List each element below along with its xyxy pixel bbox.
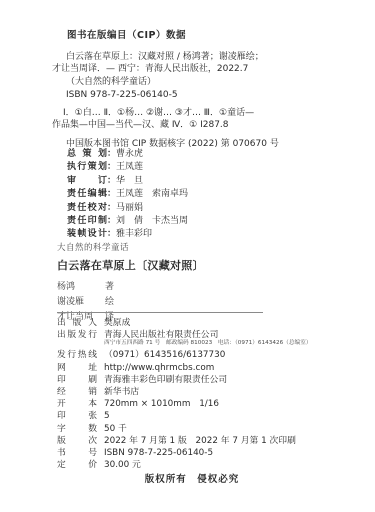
publication-label: 发行热线 bbox=[57, 349, 97, 361]
credit-label: 责任校对 bbox=[67, 202, 107, 215]
staff-credits: 总策划：曹永虎 执行策划：王凤莲 审订：华 旦 责任编辑：王凤莲 索南卓玛 责任… bbox=[67, 148, 188, 242]
publication-label: 印张 bbox=[57, 410, 97, 422]
publication-value: （0971）6143516/6137730 bbox=[104, 349, 225, 361]
publication-row: 定价30.00 元 bbox=[57, 459, 357, 471]
publication-value: ISBN 978-7-225-06140-5 bbox=[104, 447, 213, 459]
publication-label: 定价 bbox=[57, 459, 97, 471]
series-name: 大自然的科学童话 bbox=[57, 241, 204, 253]
cip-description-line1: 白云落在草原上：汉藏对照 / 杨鸿著；谢凌雁绘； bbox=[66, 51, 342, 63]
publication-value: 30.00 元 bbox=[104, 459, 141, 471]
publication-details: 出版人樊原成 出版发行青海人民出版社有限责任公司 西宁市五四西路 71 号 邮政… bbox=[57, 317, 357, 471]
credit-value: 雅丰彩印 bbox=[116, 229, 152, 239]
publication-value: 2022 年 7 月第 1 版 2022 年 7 月第 1 次印刷 bbox=[104, 435, 296, 447]
credit-separator: ： bbox=[107, 189, 116, 199]
cip-classification-line1: Ⅰ．①白… Ⅱ．①杨… ②谢… ③才… Ⅲ．①童话— bbox=[63, 107, 342, 119]
publication-value: 5 bbox=[104, 410, 110, 422]
credit-label: 责任编辑 bbox=[67, 188, 107, 201]
publication-label: 版次 bbox=[57, 435, 97, 447]
contributor-row: 谢凌雁绘 bbox=[57, 295, 204, 310]
credit-row: 责任校对：马丽娟 bbox=[67, 202, 188, 215]
credit-value: 曹永虎 bbox=[116, 149, 143, 159]
credit-row: 审订：华 旦 bbox=[67, 175, 188, 188]
publication-value: 50 千 bbox=[104, 423, 127, 435]
publication-label: 字数 bbox=[57, 423, 97, 435]
cip-classification-line2: 作品集—中国—当代—汉、藏 Ⅳ．① I287.8 bbox=[52, 119, 342, 131]
cip-description-line2: 才让当周译．— 西宁：青海人民出版社，2022.7 bbox=[52, 63, 342, 75]
credit-row: 责任印制：刘 倩 卡杰当周 bbox=[67, 215, 188, 228]
publication-row: 开本720mm × 1010mm 1/16 bbox=[57, 398, 357, 410]
publication-row: 发行热线（0971）6143516/6137730 bbox=[57, 349, 357, 361]
publication-value: 樊原成 bbox=[104, 317, 130, 329]
publisher-address-note: 西宁市五四西路 71 号 邮政编码 810023 电话：（0971）614342… bbox=[104, 340, 352, 347]
publication-label: 网址 bbox=[57, 362, 97, 374]
copyright-notice: 版权所有 侵权必究 bbox=[57, 471, 327, 485]
credit-label: 总策划 bbox=[67, 148, 107, 161]
publication-label: 开本 bbox=[57, 398, 97, 410]
book-title: 白云落在草原上〔汉藏对照〕 bbox=[57, 257, 204, 273]
publication-row: 印刷青海雅丰彩色印刷有限责任公司 bbox=[57, 374, 357, 386]
publication-row: 印张5 bbox=[57, 410, 357, 422]
credit-label: 审订 bbox=[67, 175, 107, 188]
credit-row: 总策划：曹永虎 bbox=[67, 148, 188, 161]
publication-row: 书号ISBN 978-7-225-06140-5 bbox=[57, 447, 357, 459]
credit-row: 执行策划：王凤莲 bbox=[67, 161, 188, 174]
credit-separator: ： bbox=[107, 149, 116, 159]
publication-row: 字数50 千 bbox=[57, 423, 357, 435]
publication-row: 出版人樊原成 bbox=[57, 317, 357, 329]
contributor-name: 谢凌雁 bbox=[57, 295, 105, 310]
credit-label: 执行策划 bbox=[67, 161, 107, 174]
publication-row: 版次2022 年 7 月第 1 版 2022 年 7 月第 1 次印刷 bbox=[57, 435, 357, 447]
credit-value: 王凤莲 bbox=[116, 162, 143, 172]
credit-value: 刘 倩 卡杰当周 bbox=[116, 216, 188, 226]
credit-label: 责任印制 bbox=[67, 215, 107, 228]
cip-isbn: ISBN 978-7-225-06140-5 bbox=[66, 89, 342, 101]
credit-separator: ： bbox=[107, 229, 116, 239]
credit-separator: ： bbox=[107, 176, 116, 186]
credit-value: 王凤莲 索南卓玛 bbox=[116, 189, 188, 199]
cip-series: （大自然的科学童话） bbox=[66, 76, 342, 88]
copyright-page: 图书在版编目（CIP）数据 白云落在草原上：汉藏对照 / 杨鸿著；谢凌雁绘； 才… bbox=[0, 0, 375, 512]
publication-value: 720mm × 1010mm 1/16 bbox=[104, 398, 219, 410]
publication-value: http://www.qhrmcbs.com bbox=[104, 362, 214, 374]
publication-row: 经销新华书店 bbox=[57, 386, 357, 398]
publication-label: 书号 bbox=[57, 447, 97, 459]
publication-label: 印刷 bbox=[57, 374, 97, 386]
publication-value: 新华书店 bbox=[104, 386, 139, 398]
publication-label: 出版人 bbox=[57, 317, 97, 329]
contributor-row: 杨鸿著 bbox=[57, 280, 204, 295]
publication-label: 经销 bbox=[57, 386, 97, 398]
publication-row: 网址http://www.qhrmcbs.com bbox=[57, 362, 357, 374]
publication-value: 青海雅丰彩色印刷有限责任公司 bbox=[104, 374, 227, 386]
contributor-role: 著 bbox=[105, 282, 114, 292]
credit-separator: ： bbox=[107, 162, 116, 172]
cip-classification: Ⅰ．①白… Ⅱ．①杨… ②谢… ③才… Ⅲ．①童话— 作品集—中国—当代—汉、藏… bbox=[52, 107, 342, 131]
credit-label: 装帧设计 bbox=[67, 228, 107, 241]
credit-separator: ： bbox=[107, 216, 116, 226]
credit-value: 马丽娟 bbox=[116, 203, 143, 213]
contributor-role: 绘 bbox=[105, 297, 114, 307]
credit-row: 责任编辑：王凤莲 索南卓玛 bbox=[67, 188, 188, 201]
credit-row: 装帧设计：雅丰彩印 bbox=[67, 228, 188, 241]
credit-value: 华 旦 bbox=[116, 176, 143, 186]
publication-label: 出版发行 bbox=[57, 329, 97, 341]
divider-rule bbox=[57, 312, 263, 313]
credit-separator: ： bbox=[107, 203, 116, 213]
cip-description: 白云落在草原上：汉藏对照 / 杨鸿著；谢凌雁绘； 才让当周译．— 西宁：青海人民… bbox=[52, 51, 342, 75]
cip-block: 图书在版编目（CIP）数据 白云落在草原上：汉藏对照 / 杨鸿著；谢凌雁绘； 才… bbox=[52, 30, 342, 150]
cip-header: 图书在版编目（CIP）数据 bbox=[67, 30, 342, 42]
contributor-name: 杨鸿 bbox=[57, 280, 105, 295]
